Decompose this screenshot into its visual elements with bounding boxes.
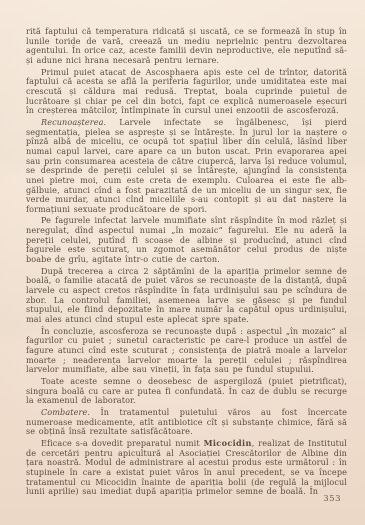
lead-word: Combatere. [41,407,90,417]
paragraph: După trecerea a circa 2 săptămîni de la … [26,267,347,325]
paragraph: Toate aceste semne o deosebesc de asperg… [26,377,347,406]
paragraph-text: Eficace s-a dovedit preparatul numit [41,438,204,448]
paragraph: Recunoașterea. Larvele infectate se îngă… [26,118,347,215]
paragraph-text: rită faptului că temperatura ridicată și… [26,26,347,65]
paragraph-text: , realizat de Institutul de cercetări pe… [26,438,347,496]
paragraph-text: Pe fagurele infectat larvele mumifiate s… [26,215,347,264]
paragraph-text: Primul puiet atacat de Ascosphaera apis … [26,67,347,116]
paragraph: Pe fagurele infectat larvele mumifiate s… [26,216,347,264]
text-block: rită faptului că temperatura ridicată și… [26,27,347,499]
paragraph-text: Larvele infectate se îngălbenesc, își pi… [26,117,347,214]
paragraph: rită faptului că temperatura ridicată și… [26,27,347,66]
paragraph-text: Toate aceste semne o deosebesc de asperg… [26,376,347,405]
paragraph: Combatere. În tratamentul puietului văro… [26,408,347,437]
paragraph-text: După trecerea a circa 2 săptămîni de la … [26,266,347,324]
paragraph: În concluzie, ascosferoza se recunoaște … [26,327,347,375]
book-page: rită faptului că temperatura ridicată și… [0,0,365,525]
paragraph-text: Micocidin [204,438,252,448]
paragraph: Primul puiet atacat de Ascosphaera apis … [26,68,347,116]
lead-word: Recunoașterea. [41,117,106,127]
paragraph: Eficace s-a dovedit preparatul numit Mic… [26,439,347,497]
page-number: 353 [323,494,341,504]
paragraph-text: În concluzie, ascosferoza se recunoaște … [26,326,347,375]
